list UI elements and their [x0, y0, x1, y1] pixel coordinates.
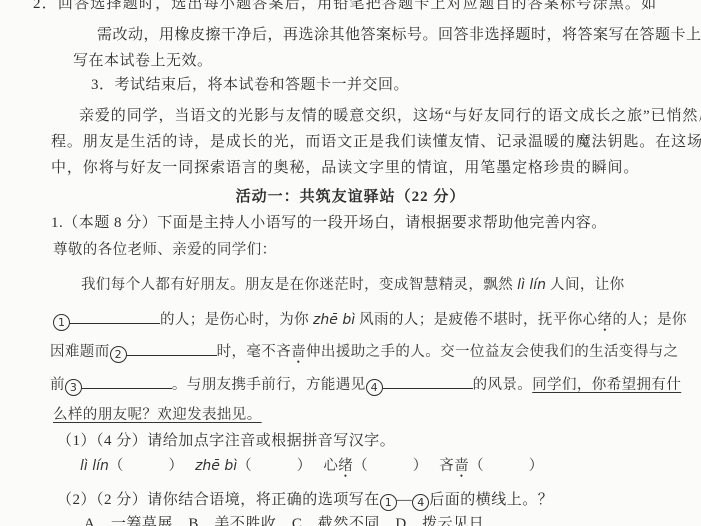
text-run: 时，毫不吝 — [217, 344, 292, 360]
monologue-line3: 因难题而2时，毫不吝啬伸出援助之手的人。交一位益友会使我们的生活变得与之 — [50, 341, 679, 363]
circled-number: 2 — [110, 346, 127, 363]
pinyin-run: lì lín — [517, 277, 546, 293]
underlined-text-run: 同学们，你希望拥有什 — [532, 377, 681, 393]
text-run: 我们每个人都有好朋友。朋友是在你迷茫时，变成智慧精灵，飘然 — [81, 277, 517, 293]
circled-number: 1 — [53, 314, 70, 331]
emphasis-dot-character: 绪 — [338, 457, 353, 475]
monologue-salutation: 尊敬的各位老师、亲爱的同学们： — [53, 241, 277, 259]
text-run: 伸出援助之手的人。交一位益友会使我们的生活变得与之 — [306, 344, 679, 360]
emphasis-dot-character: 啬 — [291, 343, 306, 361]
emphasis-dot-character: 绪 — [598, 311, 613, 329]
text-run: 风雨的人；是疲倦不堪时，抚平你心 — [355, 312, 597, 328]
text-run: 的人；是你 — [612, 312, 687, 328]
answer-blank-line — [82, 374, 172, 389]
circled-number: 1 — [380, 494, 397, 511]
pinyin-run: zhē bì — [195, 458, 237, 474]
instruction-item2-line1: 2．回答选择题时，选出每小题答案后，用铅笔把答题卡上对应题目的答案标号涂黑。如 — [33, 0, 657, 14]
answer-blank-line — [70, 309, 160, 324]
instruction-item3: 3．考试结束后，将本试卷和答题卡一并交回。 — [91, 76, 409, 95]
text-run: （ ） 心 — [237, 458, 338, 474]
circled-number: 3 — [65, 379, 82, 396]
options-row-clipped: A．一筹莫展 B．美不胜收 C．截然不同 D．拨云见日 — [84, 515, 484, 526]
intro-paragraph-line2: 程。朋友是生活的诗，是成长的光，而语文正是我们读懂友情、记录温暖的魔法钥匙。在这… — [51, 133, 701, 152]
sub-question1-stem: （1）（4 分）请给加点字注音或根据拼音写汉字。 — [57, 432, 395, 451]
intro-paragraph-line3: 中，你将与好友一同探索语言的奥秘，品读文字里的情谊，用笔墨定格珍贵的瞬间。 — [51, 159, 639, 178]
circled-number: 4 — [366, 379, 383, 396]
emphasis-dot-character: 啬 — [454, 457, 469, 475]
pinyin-run: lì lín — [80, 458, 109, 474]
text-run: 。与朋友携手前行，方能遇见 — [172, 377, 366, 393]
question1-stem: 1.（本题 8 分）下面是主持人小语写的一段开场白，请根据要求帮助他完善内容。 — [51, 214, 607, 233]
circled-number: 4 — [412, 494, 429, 511]
text-run: 因难题而 — [50, 344, 110, 360]
text-run: 后面的横线上。？ — [429, 492, 553, 508]
text-run: 的风景。 — [473, 377, 533, 393]
text-run: （ ） 吝 — [353, 458, 454, 474]
answer-blank-line — [127, 341, 217, 356]
exam-paper-page: 2．回答选择题时，选出每小题答案后，用铅笔把答题卡上对应题目的答案标号涂黑。如 … — [0, 0, 701, 526]
monologue-line4: 前3。与朋友携手前行，方能遇见4的风景。同学们，你希望拥有什 — [50, 374, 681, 396]
monologue-line1: 我们每个人都有好朋友。朋友是在你迷茫时，变成智慧精灵，飘然 lì lín 人间，… — [81, 276, 625, 295]
text-run: 的人；是伤心时，为你 — [160, 312, 313, 328]
text-run: （ ） — [469, 458, 544, 474]
text-run: （ ） — [109, 458, 195, 474]
instruction-item2-line2: 需改动，用橡皮擦干净后，再选涂其他答案标号。回答非选择题时，将答案写在答题卡上。 — [97, 26, 701, 45]
instruction-item2-line3: 写在本试卷上无效。 — [73, 52, 213, 71]
underlined-text-run: 么样的朋友呢？欢迎发表拙见。 — [53, 407, 262, 423]
text-run: 人间，让你 — [546, 277, 625, 293]
intro-paragraph-line1: 亲爱的同学，当语文的光影与友情的暖意交织，这场“与好友同行的语文成长之旅”已悄然… — [79, 107, 701, 126]
text-run: — — [397, 492, 413, 508]
text-run: 前 — [50, 377, 65, 393]
activity-section-title: 活动一：共筑友谊驿站（22 分） — [0, 188, 701, 207]
answer-blank-line — [383, 374, 473, 389]
monologue-line5: 么样的朋友呢？欢迎发表拙见。 — [53, 406, 262, 424]
pinyin-answer-row: lì lín（ ） zhē bì（ ） 心绪（ ） 吝啬（ ） — [80, 457, 544, 476]
sub-question2-stem: （2）（2 分）请你结合语境，将正确的选项写在1—4后面的横线上。？ — [57, 491, 553, 511]
pinyin-run: zhē bì — [313, 312, 355, 328]
monologue-line2: 1的人；是伤心时，为你 zhē bì 风雨的人；是疲倦不堪时，抚平你心绪的人；是… — [53, 309, 687, 331]
text-run: （2）（2 分）请你结合语境，将正确的选项写在 — [57, 492, 380, 508]
